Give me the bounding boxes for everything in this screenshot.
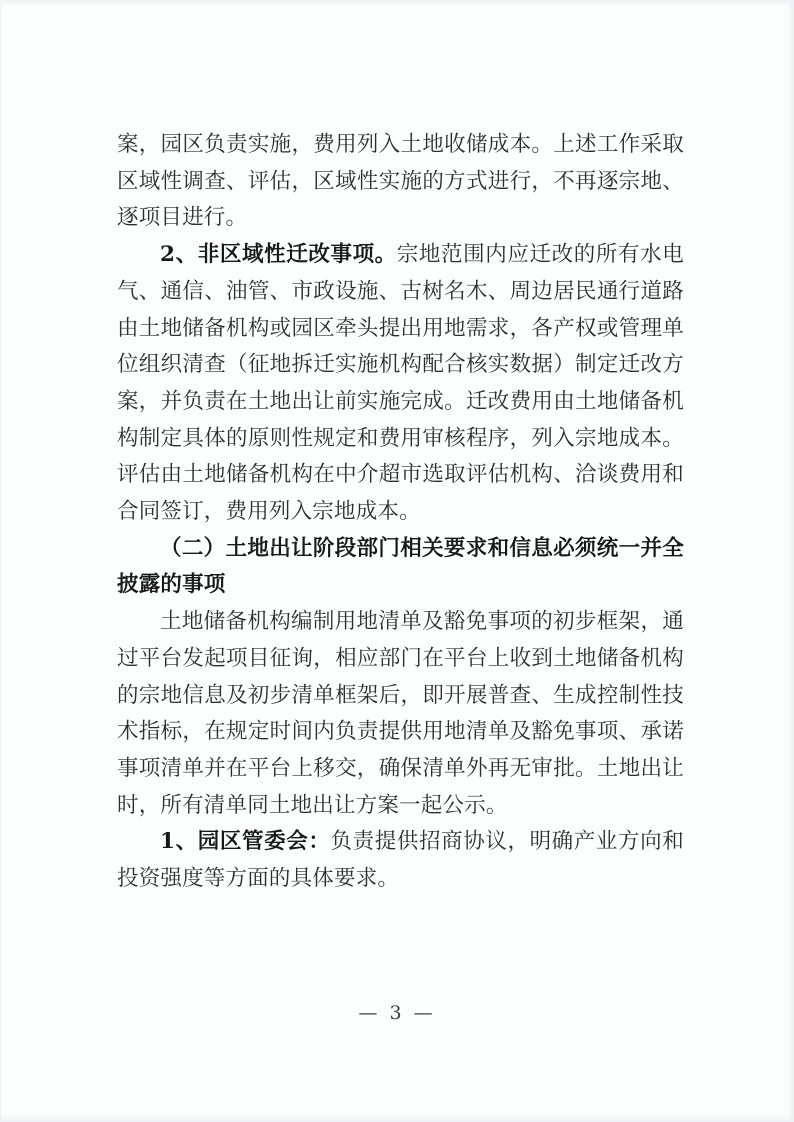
document-body: 案，园区负责实施，费用列入土地收储成本。上述工作采取区域性调查、评估，区域性实施… [117,127,684,898]
page-number: — 3 — [0,999,794,1027]
paragraph: 2、非区域性迁改事项。宗地范围内应迁改的所有水电气、通信、油管、市政设施、古树名… [117,237,684,531]
paragraph: 土地储备机构编制用地清单及豁免事项的初步框架，通过平台发起项目征询，相应部门在平… [117,604,684,824]
paragraph: 案，园区负责实施，费用列入土地收储成本。上述工作采取区域性调查、评估，区域性实施… [117,127,684,237]
text-run: 案，园区负责实施，费用列入土地收储成本。上述工作采取区域性调查、评估，区域性实施… [117,132,684,230]
text-run: 土地储备机构编制用地清单及豁免事项的初步框架，通过平台发起项目征询，相应部门在平… [117,609,684,818]
document-page: 案，园区负责实施，费用列入土地收储成本。上述工作采取区域性调查、评估，区域性实施… [0,0,794,1122]
text-run: 宗地范围内应迁改的所有水电气、通信、油管、市政设施、古树名木、周边居民通行道路由… [117,242,684,524]
bold-text-run: （二）土地出让阶段部门相关要求和信息必须统一并全披露的事项 [117,536,684,598]
bold-text-run: 2、非区域性迁改事项。 [160,242,397,267]
paragraph: 1、园区管委会：负责提供招商协议，明确产业方向和投资强度等方面的具体要求。 [117,824,684,897]
bold-text-run: 1、园区管委会： [160,829,330,854]
paragraph: （二）土地出让阶段部门相关要求和信息必须统一并全披露的事项 [117,531,684,604]
